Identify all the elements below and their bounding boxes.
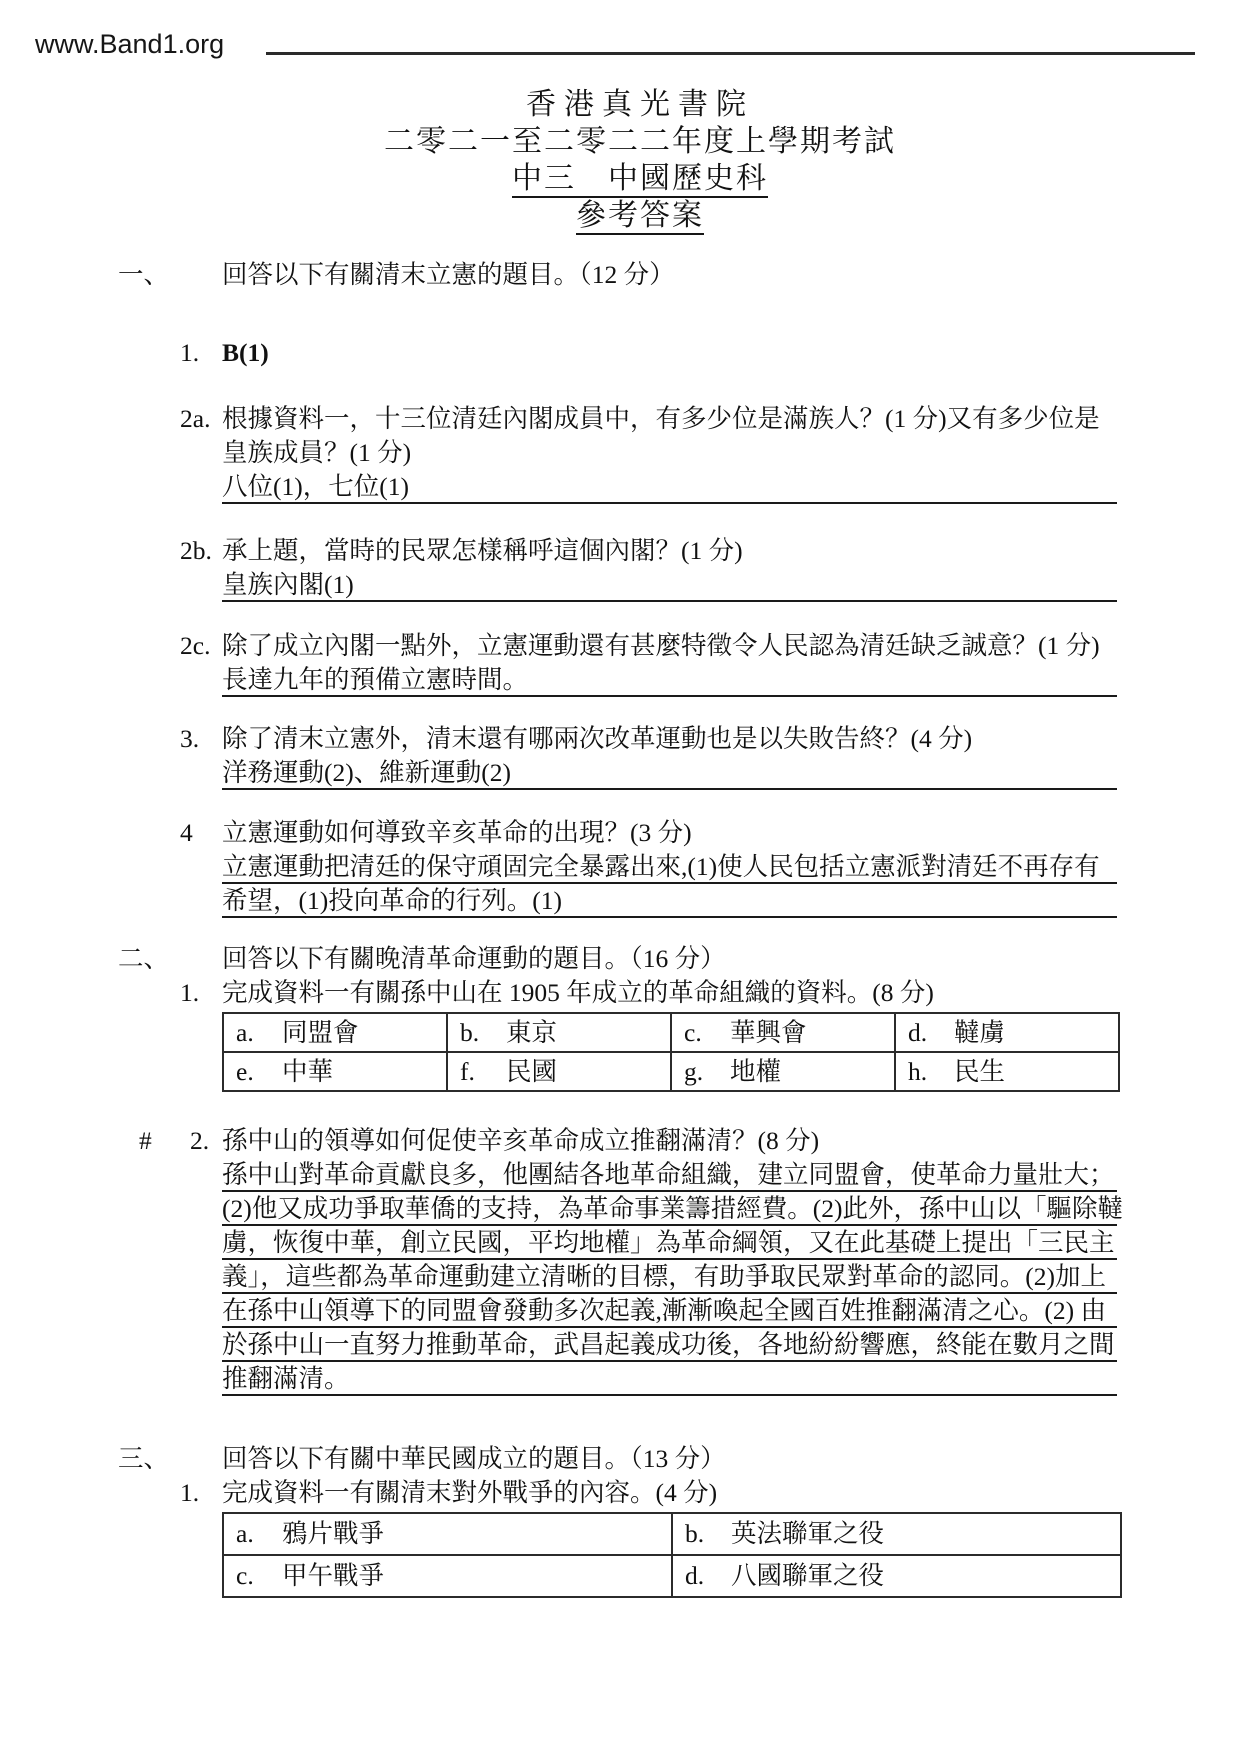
question-number: 2a. [180,402,222,504]
cell-value: 東京 [506,1018,557,1047]
question-2-1: 1. 完成資料一有關孫中山在 1905 年成立的革命組織的資料。(8 分) a.… [0,976,1240,1092]
question-number: 1. [180,1476,222,1598]
cell-value: 同盟會 [282,1018,359,1047]
question-1-2c: 2c. 除了成立內閣一點外，立憲運動還有甚麼特徵令人民認為清廷缺乏誠意？(1 分… [0,629,1240,697]
table-row: a.同盟會 b.東京 c.華興會 d.韃虜 [223,1013,1119,1052]
section-3-title: 回答以下有關中華民國成立的題目。（13 分） [222,1442,726,1476]
answer-table-organization: a.同盟會 b.東京 c.華興會 d.韃虜 e.中華 f.民國 g.地權 h.民… [222,1012,1120,1092]
section-2-number: 二、 [118,942,222,976]
table-row: c.甲午戰爭 d.八國聯軍之役 [223,1555,1121,1597]
hash-marker: # [139,1124,190,1396]
table-answer-cell: e.中華 [223,1052,447,1091]
question-1-1: 1. B(1) [0,336,1240,370]
question-text: 完成資料一有關清末對外戰爭的內容。(4 分) [222,1476,1117,1510]
table-answer-cell: c.華興會 [671,1013,895,1052]
cell-letter: c. [684,1016,730,1050]
cell-letter: c. [236,1559,282,1593]
cell-letter: f. [460,1055,506,1089]
table-answer-cell: d.八國聯軍之役 [672,1555,1121,1597]
answer-line: 長達九年的預備立憲時間。 [222,663,1117,697]
section-1-heading: 一、 回答以下有關清末立憲的題目。（12 分） [0,258,1240,292]
answer-line: 希望，(1)投向革命的行列。(1) [222,884,1117,918]
cell-value: 地權 [730,1057,781,1086]
table-answer-cell: c.甲午戰爭 [223,1555,672,1597]
exam-answer-page: www.Band1.org 香港真光書院 二零二一至二零二二年度上學期考試 中三… [0,0,1240,1754]
question-number: 1. [180,976,222,1092]
question-number: 3. [180,722,222,790]
question-2-2: # 2. 孫中山的領導如何促使辛亥革命成立推翻滿清？(8 分) 孫中山對革命貢獻… [0,1124,1240,1396]
question-number: 1. [180,336,222,370]
question-3-1: 1. 完成資料一有關清末對外戰爭的內容。(4 分) a.鴉片戰爭 b.英法聯軍之… [0,1476,1240,1598]
table-answer-cell: a.同盟會 [223,1013,447,1052]
cell-value: 英法聯軍之役 [731,1519,884,1548]
cell-value: 華興會 [730,1018,807,1047]
question-text: 承上題，當時的民眾怎樣稱呼這個內閣？(1 分) [222,534,1117,568]
question-text: 完成資料一有關孫中山在 1905 年成立的革命組織的資料。(8 分) [222,976,1117,1010]
header-rule-line [266,52,1195,55]
exam-session: 二零二一至二零二二年度上學期考試 [40,123,1240,160]
cell-letter: a. [236,1016,282,1050]
table-row: a.鴉片戰爭 b.英法聯軍之役 [223,1513,1121,1555]
site-watermark: www.Band1.org [35,28,224,60]
question-text: 孫中山的領導如何促使辛亥革命成立推翻滿清？(8 分) [222,1124,1117,1158]
question-1-2a: 2a. 根據資料一，十三位清廷內閣成員中，有多少位是滿族人？(1 分)又有多少位… [0,402,1240,504]
cell-value: 鴉片戰爭 [282,1519,384,1548]
cell-letter: b. [460,1016,506,1050]
answer-line: 八位(1)，七位(1) [222,470,1117,504]
answer-line: 洋務運動(2)、維新運動(2) [222,756,1117,790]
answer-line: 義」，這些都為革命運動建立清晰的目標，有助爭取民眾對革命的認同。(2)加上 [222,1260,1117,1294]
section-3-number: 三、 [118,1442,222,1476]
table-answer-cell: g.地權 [671,1052,895,1091]
table-answer-cell: b.東京 [447,1013,671,1052]
answer-line: 皇族內閣(1) [222,568,1117,602]
question-number: 4 [180,816,222,918]
cell-value: 民生 [954,1057,1005,1086]
page-header: www.Band1.org [0,0,1240,60]
cell-value: 韃虜 [954,1018,1005,1047]
question-text: 根據資料一，十三位清廷內閣成員中，有多少位是滿族人？(1 分)又有多少位是皇族成… [222,402,1117,470]
question-number: 2c. [180,629,222,697]
answer-line: 孫中山對革命貢獻良多，他團結各地革命組織，建立同盟會，使革命力量壯大； [222,1158,1117,1192]
cell-value: 中華 [282,1057,333,1086]
cell-letter: b. [685,1517,731,1551]
answer-choice: B(1) [222,336,1117,370]
answer-line: 推翻滿清。 [222,1362,1117,1396]
form-subject-text: 中三 中國歷史科 [512,162,768,198]
form-subject: 中三 中國歷史科 [40,160,1240,197]
question-text: 除了成立內閣一點外，立憲運動還有甚麼特徵令人民認為清廷缺乏誠意？(1 分) [222,629,1117,663]
question-text: 除了清末立憲外，清末還有哪兩次改革運動也是以失敗告終？(4 分) [222,722,1117,756]
cell-value: 八國聯軍之役 [731,1561,884,1590]
table-answer-cell: b.英法聯軍之役 [672,1513,1121,1555]
question-text: 立憲運動如何導致辛亥革命的出現？(3 分) [222,816,1117,850]
paper-type-text: 參考答案 [576,199,704,235]
cell-letter: d. [908,1016,954,1050]
answer-line: (2)他又成功爭取華僑的支持，為革命事業籌措經費。(2)此外，孫中山以「驅除韃 [222,1192,1117,1226]
answer-table-wars: a.鴉片戰爭 b.英法聯軍之役 c.甲午戰爭 d.八國聯軍之役 [222,1512,1122,1598]
paper-type: 參考答案 [40,197,1240,234]
cell-value: 甲午戰爭 [282,1561,384,1590]
table-answer-cell: h.民生 [895,1052,1119,1091]
table-row: e.中華 f.民國 g.地權 h.民生 [223,1052,1119,1091]
answer-line: 立憲運動把清廷的保守頑固完全暴露出來,(1)使人民包括立憲派對清廷不再存有 [222,850,1117,884]
section-1-title: 回答以下有關清末立憲的題目。（12 分） [222,258,675,292]
answer-line: 虜，恢復中華，創立民國，平均地權」為革命綱領，又在此基礎上提出「三民主 [222,1226,1117,1260]
table-answer-cell: d.韃虜 [895,1013,1119,1052]
answer-line: 在孫中山領導下的同盟會發動多次起義,漸漸喚起全國百姓推翻滿清之心。(2) 由 [222,1294,1117,1328]
table-answer-cell: f.民國 [447,1052,671,1091]
cell-letter: a. [236,1517,282,1551]
cell-letter: h. [908,1055,954,1089]
cell-letter: g. [684,1055,730,1089]
section-2-heading: 二、 回答以下有關晚清革命運動的題目。（16 分） [0,942,1240,976]
table-answer-cell: a.鴉片戰爭 [223,1513,672,1555]
school-name: 香港真光書院 [40,86,1240,123]
cell-letter: d. [685,1559,731,1593]
question-1-3: 3. 除了清末立憲外，清末還有哪兩次改革運動也是以失敗告終？(4 分) 洋務運動… [0,722,1240,790]
answer-line: 於孫中山一直努力推動革命，武昌起義成功後，各地紛紛響應，終能在數月之間 [222,1328,1117,1362]
section-3-heading: 三、 回答以下有關中華民國成立的題目。（13 分） [0,1442,1240,1476]
cell-value: 民國 [506,1057,557,1086]
question-1-2b: 2b. 承上題，當時的民眾怎樣稱呼這個內閣？(1 分) 皇族內閣(1) [0,534,1240,602]
title-block: 香港真光書院 二零二一至二零二二年度上學期考試 中三 中國歷史科 參考答案 [40,86,1240,234]
question-number: 2b. [180,534,222,602]
cell-letter: e. [236,1055,282,1089]
section-2-title: 回答以下有關晚清革命運動的題目。（16 分） [222,942,726,976]
question-number: 2. [190,1124,222,1396]
question-1-4: 4 立憲運動如何導致辛亥革命的出現？(3 分) 立憲運動把清廷的保守頑固完全暴露… [0,816,1240,918]
section-1-number: 一、 [118,258,222,292]
